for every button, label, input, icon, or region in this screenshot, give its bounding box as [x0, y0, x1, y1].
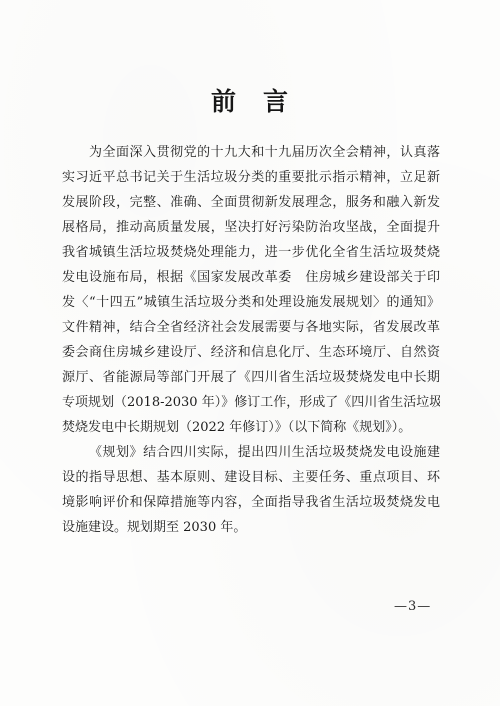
- body-line: 《规划》结合四川实际，提出四川生活垃圾焚烧发电设施建: [62, 440, 440, 465]
- body-line: 设的指导思想、基本原则、建设目标、主要任务、重点项目、环: [62, 465, 440, 490]
- body-line: 焚烧发电中长期规划（2022 年修订）》（以下简称《规划》）。: [62, 415, 440, 440]
- body-line: 委会商住房城乡建设厅、经济和信息化厅、生态环境厅、自然资: [62, 340, 440, 365]
- body-line: 为全面深入贯彻党的十九大和十九届历次全会精神，认真落: [62, 140, 440, 165]
- body-line: 实习近平总书记关于生活垃圾分类的重要批示指示精神，立足新: [62, 165, 440, 190]
- body-line: 发〈“十四五”城镇生活垃圾分类和处理设施发展规划〉的通知》: [62, 290, 440, 315]
- body-line: 发展阶段，完整、准确、全面贯彻新发展理念，服务和融入新发: [62, 190, 440, 215]
- body-line: 展格局，推动高质量发展，坚决打好污染防治攻坚战，全面提升: [62, 215, 440, 240]
- page-title: 前 言: [0, 86, 500, 118]
- body-line: 我省城镇生活垃圾焚烧处理能力，进一步优化全省生活垃圾焚烧: [62, 240, 440, 265]
- body-line: 设施建设。规划期至 2030 年。: [62, 515, 440, 540]
- body-line: 文件精神，结合全省经济社会发展需要与各地实际，省发展改革: [62, 315, 440, 340]
- preface-body: 为全面深入贯彻党的十九大和十九届历次全会精神，认真落 实习近平总书记关于生活垃圾…: [62, 140, 440, 540]
- body-line: 专项规划（2018-2030 年）》修订工作，形成了《四川省生活垃圾: [62, 390, 440, 415]
- document-page: 前 言 为全面深入贯彻党的十九大和十九届历次全会精神，认真落 实习近平总书记关于…: [0, 0, 500, 706]
- body-line: 源厅、省能源局等部门开展了《四川省生活垃圾焚烧发电中长期: [62, 365, 440, 390]
- body-line: 境影响评价和保障措施等内容，全面指导我省生活垃圾焚烧发电: [62, 490, 440, 515]
- body-line: 发电设施布局，根据《国家发展改革委 住房城乡建设部关于印: [62, 265, 440, 290]
- page-number: —3—: [394, 599, 440, 615]
